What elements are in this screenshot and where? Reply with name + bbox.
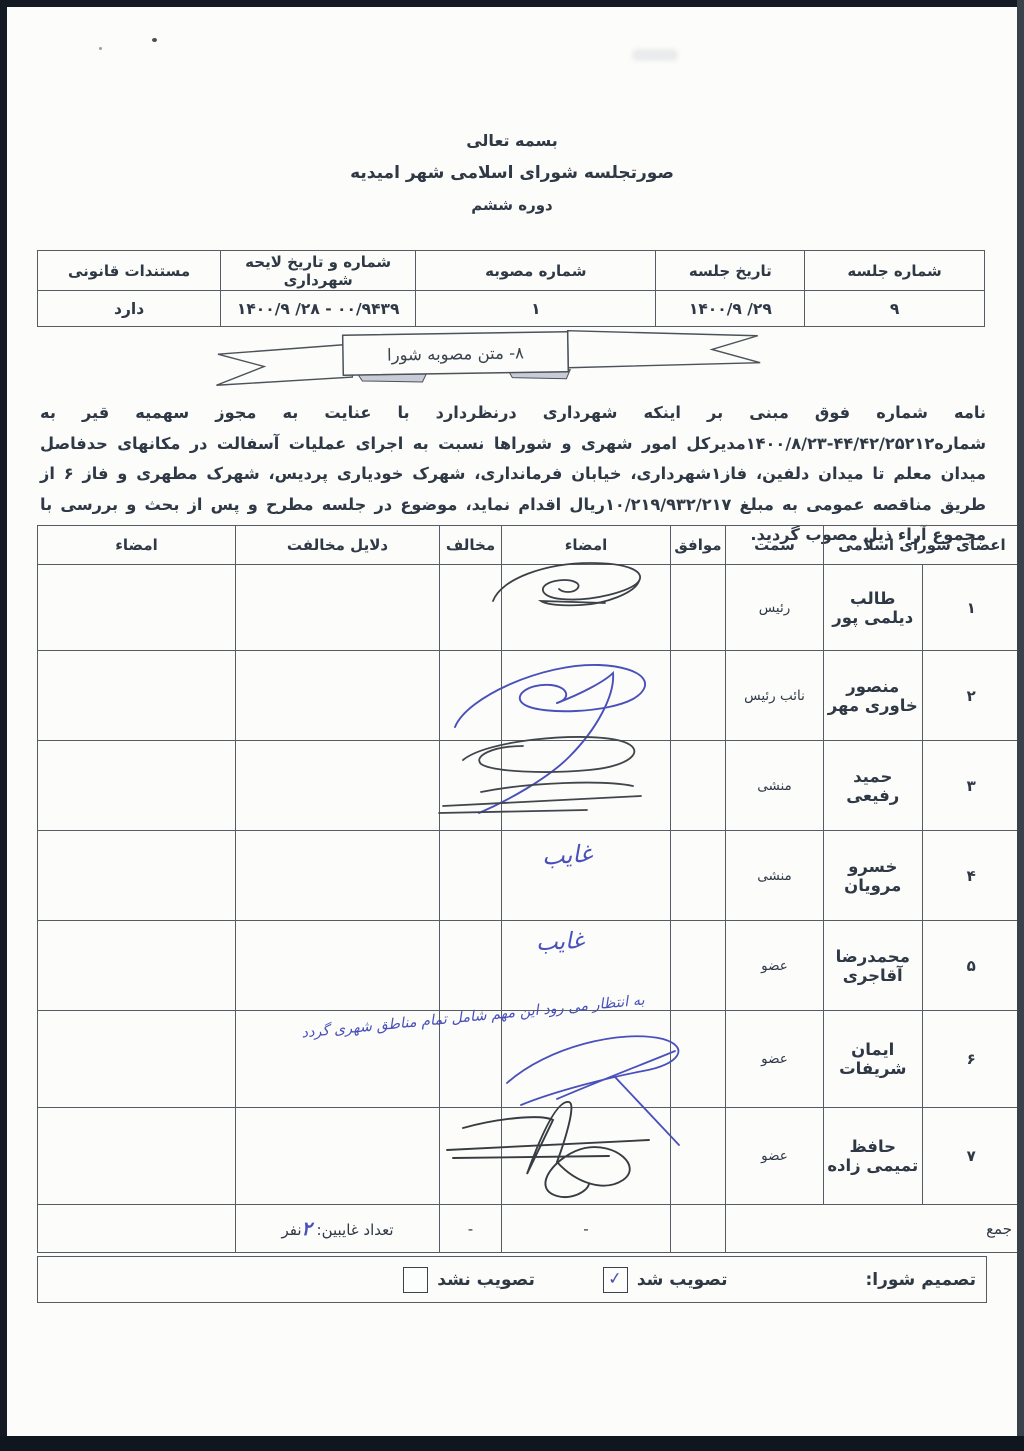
signature2-cell — [38, 831, 236, 921]
member-row-7: ۷ حافظ تمیمی زاده عضو — [38, 1108, 1021, 1205]
members-votes-table: اعضای شورای اسلامی سمت موافق امضاء مخالف… — [37, 525, 1021, 1253]
oppose-cell — [440, 921, 502, 1011]
absent-count-value: ۲ — [302, 1218, 312, 1240]
signature-cell — [502, 831, 671, 921]
oppose-reasons-cell — [236, 741, 440, 831]
scan-speck — [99, 47, 102, 50]
member-name: منصور خاوری مهر — [824, 651, 923, 741]
absent-count-label: تعداد غایبین: — [317, 1221, 394, 1239]
member-row-5: ۵ محمدرضا آقاجری عضو — [38, 921, 1021, 1011]
totals-oppose-dash: - — [440, 1205, 502, 1253]
totals-signature2-cell — [38, 1205, 236, 1253]
member-role: منشی — [726, 741, 824, 831]
oppose-cell — [440, 1011, 502, 1108]
oppose-cell — [440, 831, 502, 921]
member-name: خسرو مرویان — [824, 831, 923, 921]
signature-cell — [502, 565, 671, 651]
scan-smudge — [632, 49, 678, 61]
member-row-2: ۲ منصور خاوری مهر نائب رئیس — [38, 651, 1021, 741]
oppose-reasons-column-header: دلایل مخالفت — [236, 526, 440, 565]
oppose-cell — [440, 651, 502, 741]
oppose-cell — [440, 565, 502, 651]
oppose-cell — [440, 1108, 502, 1205]
signature-cell — [502, 1108, 671, 1205]
member-number: ۴ — [922, 831, 1021, 921]
bismillah-line: بسمه تعالی — [7, 131, 1017, 150]
oppose-reasons-cell — [236, 1108, 440, 1205]
document-header: بسمه تعالی صورتجلسه شورای اسلامی شهر امی… — [7, 131, 1017, 214]
signature-cell — [502, 921, 671, 1011]
agree-cell — [671, 741, 726, 831]
document-title: صورتجلسه شورای اسلامی شهر امیدیه — [7, 163, 1017, 183]
legal-docs-header: مستندات قانونی — [38, 251, 221, 291]
member-name: طالب دیلمی پور — [824, 565, 923, 651]
decision-label: تصمیم شورا: — [865, 1270, 976, 1290]
rejected-checkbox — [403, 1267, 428, 1293]
resolution-banner-ribbon: ۸- متن مصوبه شورا — [212, 318, 763, 393]
member-role: منشی — [726, 831, 824, 921]
scan-edge-bottom — [0, 1436, 1024, 1451]
signature2-cell — [38, 741, 236, 831]
member-row-4: ۴ خسرو مرویان منشی — [38, 831, 1021, 921]
bill-number-date-value: ۱۴۰۰/۹ /۲۸ - ۰۰/۹۴۳۹ — [221, 291, 416, 327]
approved-label: تصویب شد — [637, 1270, 728, 1290]
rejected-label: تصویب نشد — [437, 1270, 535, 1290]
member-role: عضو — [726, 1108, 824, 1205]
member-name: محمدرضا آقاجری — [824, 921, 923, 1011]
agree-cell — [671, 1108, 726, 1205]
totals-label: جمع — [726, 1205, 1021, 1253]
agree-cell — [671, 1011, 726, 1108]
member-role: رئیس — [726, 565, 824, 651]
member-number: ۱ — [922, 565, 1021, 651]
members-header-row: اعضای شورای اسلامی سمت موافق امضاء مخالف… — [38, 526, 1021, 565]
signature2-cell — [38, 565, 236, 651]
session-number-header: شماره جلسه — [805, 251, 985, 291]
member-name: ایمان شریفات — [824, 1011, 923, 1108]
signature2-column-header: امضاء — [38, 526, 236, 565]
agree-cell — [671, 565, 726, 651]
member-role: عضو — [726, 1011, 824, 1108]
oppose-reasons-cell — [236, 921, 440, 1011]
member-role: عضو — [726, 921, 824, 1011]
signature2-cell — [38, 651, 236, 741]
banner-title: ۸- متن مصوبه شورا — [343, 332, 569, 376]
member-number: ۲ — [922, 651, 1021, 741]
oppose-reasons-cell — [236, 831, 440, 921]
totals-row: جمع - - تعداد غایبین: ۲نفر — [38, 1205, 1021, 1253]
member-role: نائب رئیس — [726, 651, 824, 741]
oppose-cell — [440, 741, 502, 831]
member-number: ۵ — [922, 921, 1021, 1011]
scan-speck — [152, 38, 157, 42]
agree-cell — [671, 921, 726, 1011]
scanned-document-page: بسمه تعالی صورتجلسه شورای اسلامی شهر امی… — [7, 7, 1017, 1436]
approved-checkbox: ✓ — [603, 1267, 628, 1293]
council-term: دوره ششم — [7, 196, 1017, 214]
signature2-cell — [38, 1011, 236, 1108]
members-column-header: اعضای شورای اسلامی — [824, 526, 1021, 565]
totals-agree-cell — [671, 1205, 726, 1253]
council-decision-bar: تصمیم شورا: تصویب شد ✓ تصویب نشد — [37, 1256, 987, 1303]
oppose-column-header: مخالف — [440, 526, 502, 565]
signature-cell — [502, 651, 671, 741]
absent-count-cell: تعداد غایبین: ۲نفر — [236, 1205, 440, 1253]
member-number: ۷ — [922, 1108, 1021, 1205]
bill-number-date-header: شماره و تاریخ لایحه شهرداری — [221, 251, 416, 291]
rejected-option: تصویب نشد — [403, 1267, 535, 1293]
session-number-value: ۹ — [805, 291, 985, 327]
members-table-wrap: اعضای شورای اسلامی سمت موافق امضاء مخالف… — [37, 525, 985, 1253]
absent-count-unit: نفر — [281, 1221, 301, 1239]
scan-edge-left — [0, 0, 7, 1451]
signature2-cell — [38, 921, 236, 1011]
member-name: حمید رفیعی — [824, 741, 923, 831]
member-number: ۳ — [922, 741, 1021, 831]
member-number: ۶ — [922, 1011, 1021, 1108]
resolution-number-header: شماره مصوبه — [416, 251, 656, 291]
member-row-6: ۶ ایمان شریفات عضو — [38, 1011, 1021, 1108]
oppose-reasons-cell — [236, 1011, 440, 1108]
agree-cell — [671, 651, 726, 741]
info-header-row: شماره جلسه تاریخ جلسه شماره مصوبه شماره … — [38, 251, 985, 291]
scan-edge-right — [1017, 0, 1024, 1451]
signature-column-header: امضاء — [502, 526, 671, 565]
signature2-cell — [38, 1108, 236, 1205]
role-column-header: سمت — [726, 526, 824, 565]
oppose-reasons-cell — [236, 565, 440, 651]
totals-signature-dash: - — [502, 1205, 671, 1253]
member-row-1: ۱ طالب دیلمی پور رئیس — [38, 565, 1021, 651]
agree-column-header: موافق — [671, 526, 726, 565]
session-info-table: شماره جلسه تاریخ جلسه شماره مصوبه شماره … — [37, 250, 985, 327]
approved-option: تصویب شد ✓ — [603, 1267, 728, 1293]
member-row-3: ۳ حمید رفیعی منشی — [38, 741, 1021, 831]
member-name: حافظ تمیمی زاده — [824, 1108, 923, 1205]
agree-cell — [671, 831, 726, 921]
scan-edge-top — [0, 0, 1024, 7]
oppose-reasons-cell — [236, 651, 440, 741]
session-date-header: تاریخ جلسه — [656, 251, 805, 291]
signature-cell — [502, 741, 671, 831]
check-mark-icon: ✓ — [607, 1268, 623, 1289]
legal-docs-value: دارد — [38, 291, 221, 327]
signature-cell — [502, 1011, 671, 1108]
